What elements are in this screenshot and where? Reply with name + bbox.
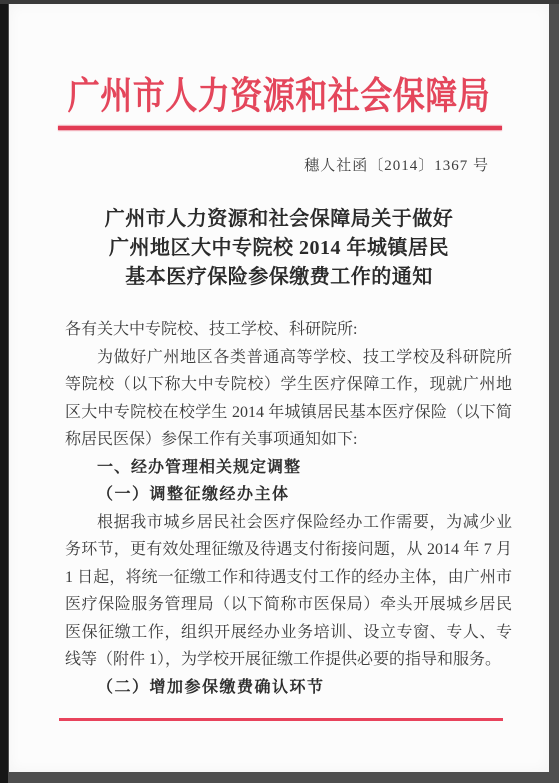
- document-page: 广州市人力资源和社会保障局 穗人社函〔2014〕1367 号 广州市人力资源和社…: [9, 4, 549, 772]
- document-reference-number: 穗人社函〔2014〕1367 号: [304, 154, 489, 175]
- document-body: 各有关大中专院校、技工学校、科研院所: 为做好广州地区各类普通高等学校、技工学校…: [65, 316, 512, 701]
- notice-title-line-1: 广州市人力资源和社会保障局关于做好: [9, 205, 549, 234]
- section-heading-1: 一、经办管理相关规定调整: [65, 454, 512, 482]
- paragraph-intro: 为做好广州地区各类普通高等学校、技工学校及科研院所等院校（以下称大中专院校）学生…: [65, 344, 512, 454]
- footer-rule: [59, 718, 503, 721]
- notice-title: 广州市人力资源和社会保障局关于做好 广州地区大中专院校 2014 年城镇居民 基…: [9, 205, 549, 292]
- letterhead-separator-rule: [58, 126, 502, 130]
- agency-letterhead-title: 广州市人力资源和社会保障局: [9, 66, 549, 120]
- notice-title-line-2: 广州地区大中专院校 2014 年城镇居民: [9, 234, 549, 263]
- paragraph-adjust-body: 根据我市城乡居民社会医疗保险经办工作需要，为减少业务环节，更有效处理征缴及待遇支…: [65, 509, 512, 674]
- sub-heading-1-1: （一）调整征缴经办主体: [65, 481, 512, 509]
- sub-heading-1-2: （二）增加参保缴费确认环节: [65, 674, 512, 702]
- salutation: 各有关大中专院校、技工学校、科研院所:: [65, 316, 512, 344]
- notice-title-line-3: 基本医疗保险参保缴费工作的通知: [9, 263, 549, 292]
- scan-left-edge: [0, 0, 8, 783]
